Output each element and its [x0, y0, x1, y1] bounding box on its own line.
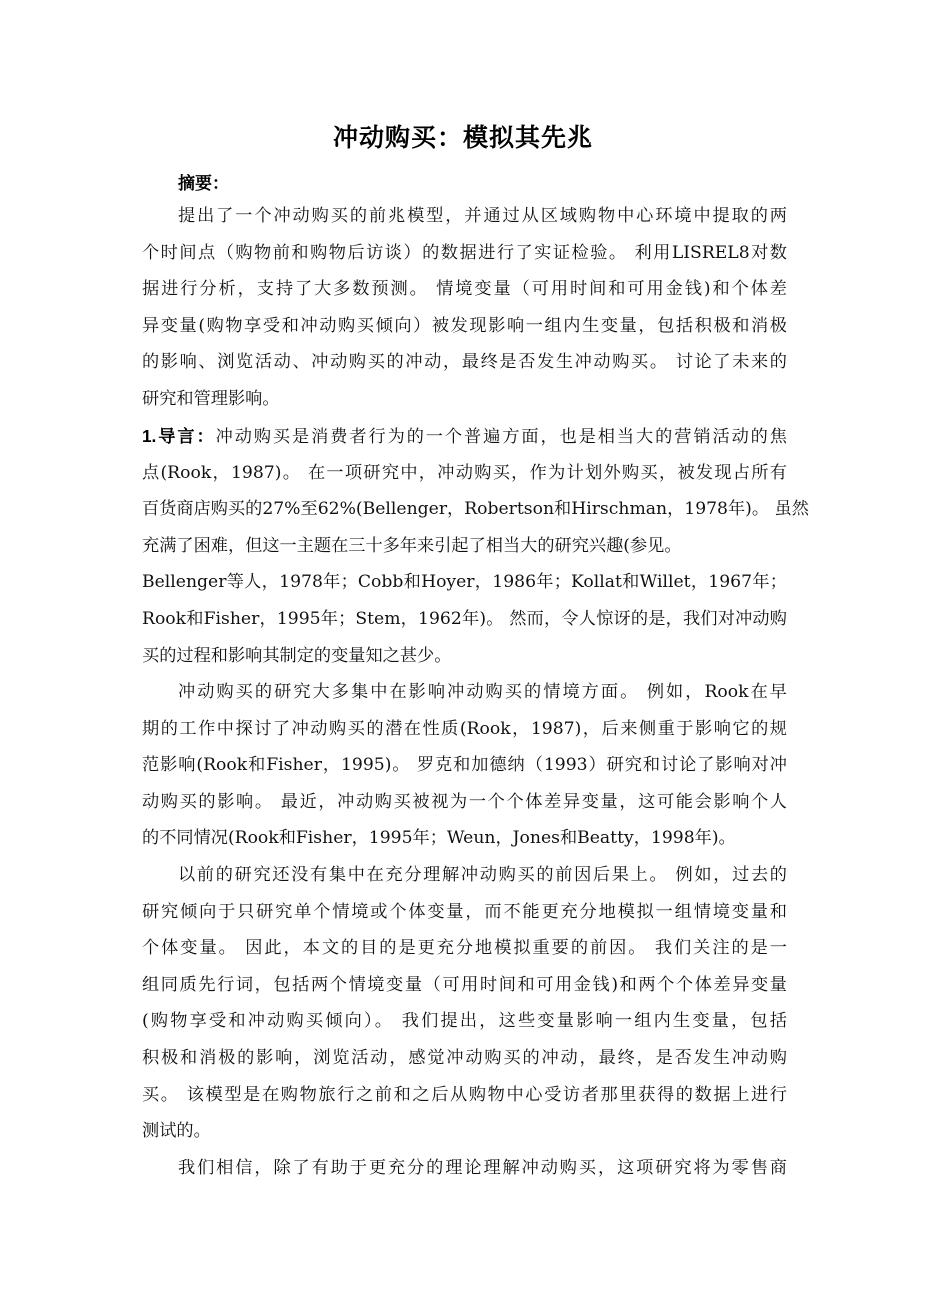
text-line: 提出了一个冲动购买的前兆模型，并通过从区域购物中心环境中提取的两	[142, 198, 787, 235]
text-line: 积极和消极的影响，浏览活动，感觉冲动购买的冲动，最终，是否发生冲动购	[142, 1040, 787, 1077]
document-page: 冲动购买：模拟其先兆 摘要： 提出了一个冲动购买的前兆模型，并通过从区域购物中心…	[0, 0, 926, 1309]
text-line: 研究和管理影响。	[142, 381, 787, 418]
introduction-paragraph-4: 我们相信，除了有助于更充分的理论理解冲动购买，这项研究将为零售商	[142, 1150, 787, 1187]
text-line: 买。 该模型是在购物旅行之前和之后从购物中心受访者那里获得的数据上进行	[142, 1077, 787, 1114]
text-line: 以前的研究还没有集中在充分理解冲动购买的前因后果上。 例如，过去的	[142, 857, 787, 894]
text-line: 期的工作中探讨了冲动购买的潜在性质(Rook，1987)，后来侧重于影响它的规	[142, 711, 787, 748]
text-line: 买的过程和影响其制定的变量知之甚少。	[142, 638, 787, 675]
text-line: 异变量(购物享受和冲动购买倾向）被发现影响一组内生变量，包括积极和消极	[142, 308, 787, 345]
text-line: 1.导言：冲动购买是消费者行为的一个普遍方面，也是相当大的营销活动的焦	[142, 418, 787, 455]
text-line: 我们相信，除了有助于更充分的理论理解冲动购买，这项研究将为零售商	[142, 1150, 787, 1187]
text-line: 充满了困难，但这一主题在三十多年来引起了相当大的研究兴趣(参见。	[142, 528, 787, 565]
introduction-paragraph-2: 冲动购买的研究大多集中在影响冲动购买的情境方面。 例如，Rook在早 期的工作中…	[142, 674, 787, 857]
text-line: 测试的。	[142, 1113, 787, 1150]
text-line: 的不同情况(Rook和Fisher，1995年；Weun，Jones和Beatt…	[142, 820, 787, 857]
abstract-paragraph: 提出了一个冲动购买的前兆模型，并通过从区域购物中心环境中提取的两 个时间点（购物…	[142, 198, 787, 418]
text-line: 百货商店购买的27%至62%(Bellenger，Robertson和Hirsc…	[142, 491, 787, 528]
text-line: 据进行分析，支持了大多数预测。 情境变量（可用时间和可用金钱)和个体差	[142, 271, 787, 308]
text-line: 个体变量。 因此，本文的目的是更充分地模拟重要的前因。 我们关注的是一	[142, 930, 787, 967]
document-title: 冲动购买：模拟其先兆	[0, 118, 926, 154]
introduction-paragraph-1: 1.导言：冲动购买是消费者行为的一个普遍方面，也是相当大的营销活动的焦 点(Ro…	[142, 418, 787, 674]
text-line: 研究倾向于只研究单个情境或个体变量，而不能更充分地模拟一组情境变量和	[142, 894, 787, 931]
text-line: 冲动购买的研究大多集中在影响冲动购买的情境方面。 例如，Rook在早	[142, 674, 787, 711]
text-line: 范影响(Rook和Fisher，1995)。 罗克和加德纳（1993）研究和讨论…	[142, 747, 787, 784]
text-line: 动购买的影响。 最近，冲动购买被视为一个个体差异变量，这可能会影响个人	[142, 784, 787, 821]
text-line: 组同质先行词，包括两个情境变量（可用时间和可用金钱)和两个个体差异变量	[142, 967, 787, 1004]
introduction-heading: 1.导言：	[142, 426, 216, 446]
text-line-content: 冲动购买是消费者行为的一个普遍方面，也是相当大的营销活动的焦	[216, 427, 787, 447]
abstract-heading: 摘要：	[178, 169, 229, 194]
text-line: 个时间点（购物前和购物后访谈）的数据进行了实证检验。 利用LISREL8对数	[142, 235, 787, 272]
text-line: 的影响、浏览活动、冲动购买的冲动，最终是否发生冲动购买。 讨论了未来的	[142, 344, 787, 381]
text-line: Rook和Fisher，1995年；Stem，1962年)。 然而，令人惊讶的是…	[142, 601, 787, 638]
text-line: Bellenger等人，1978年；Cobb和Hoyer，1986年；Kolla…	[142, 564, 787, 601]
text-line: 点(Rook，1987)。 在一项研究中，冲动购买，作为计划外购买，被发现占所有	[142, 455, 787, 492]
text-line: (购物享受和冲动购买倾向）。 我们提出，这些变量影响一组内生变量，包括	[142, 1003, 787, 1040]
introduction-paragraph-3: 以前的研究还没有集中在充分理解冲动购买的前因后果上。 例如，过去的 研究倾向于只…	[142, 857, 787, 1150]
